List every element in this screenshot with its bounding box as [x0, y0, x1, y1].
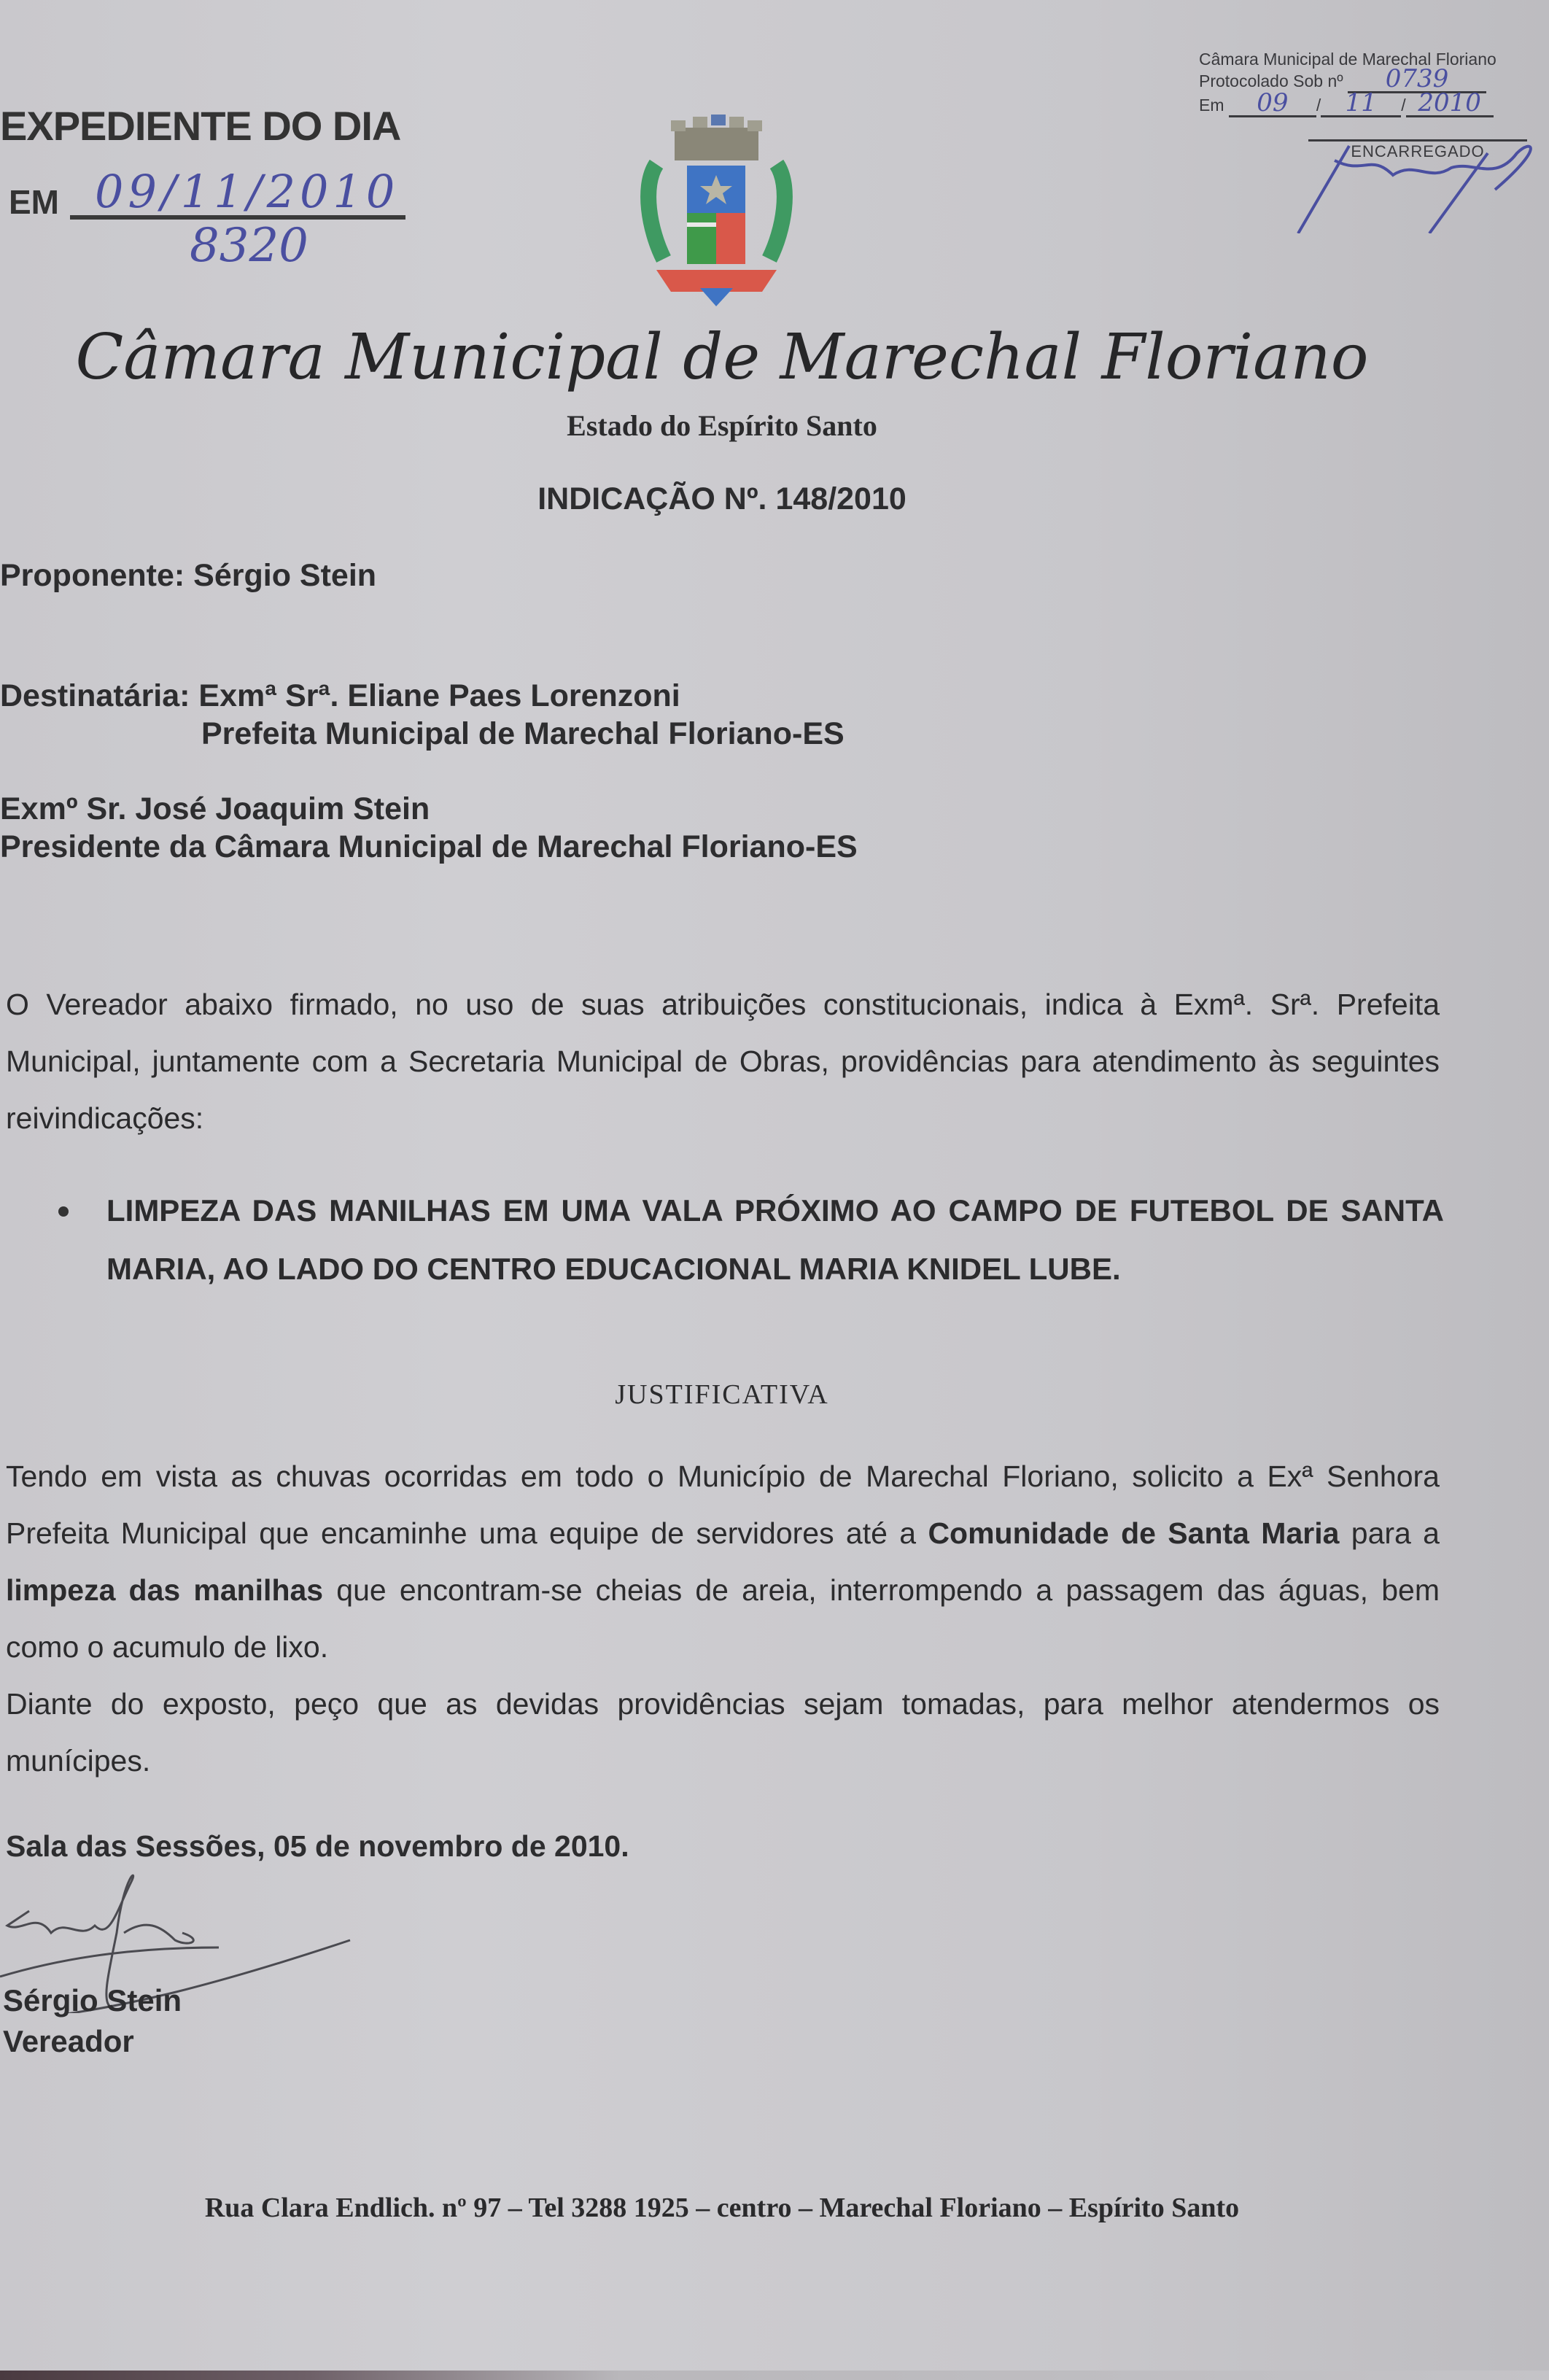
copy-recipient-line-1: Exmº Sr. José Joaquim Stein [0, 791, 430, 827]
institution-subtitle: Estado do Espírito Santo [0, 408, 1444, 443]
stamp-signature [1254, 131, 1549, 233]
indicacao-number: INDICAÇÃO Nº. 148/2010 [0, 481, 1444, 517]
signer-block: Sérgio Stein Vereador [3, 1980, 182, 2062]
stamp-date-day: 09 [1257, 88, 1288, 117]
justificativa-bold-cleaning: limpeza das manilhas [6, 1573, 323, 1607]
justificativa-text: para a [1339, 1516, 1440, 1550]
request-item: LIMPEZA DAS MANILHAS EM UMA VALA PRÓXIMO… [51, 1182, 1444, 1298]
intro-paragraph: O Vereador abaixo firmado, no uso de sua… [6, 976, 1440, 1147]
signer-name: Sérgio Stein [3, 1980, 182, 2021]
bullet-icon [58, 1206, 69, 1217]
stamp-institution: Câmara Municipal de Marechal Floriano [1199, 50, 1549, 69]
justificativa-bold-community: Comunidade de Santa Maria [928, 1516, 1339, 1550]
request-item-text: LIMPEZA DAS MANILHAS EM UMA VALA PRÓXIMO… [106, 1182, 1444, 1298]
stamp-date-label: Em [1199, 96, 1224, 115]
expediente-em-label: EM [9, 182, 59, 222]
closing-date: Sala das Sessões, 05 de novembro de 2010… [6, 1829, 629, 1864]
signer-role: Vereador [3, 2021, 182, 2062]
proponente: Proponente: Sérgio Stein [0, 558, 376, 594]
justificativa-paragraph-1: Tendo em vista as chuvas ocorridas em to… [6, 1448, 1440, 1675]
justificativa-paragraph-2: Diante do exposto, peço que as devidas p… [6, 1675, 1440, 1789]
stamp-date-year: 2010 [1418, 88, 1481, 117]
expediente-handwritten-number: 8320 [190, 219, 308, 273]
expediente-title: EXPEDIENTE DO DIA [0, 102, 400, 150]
footer-address: Rua Clara Endlich. nº 97 – Tel 3288 1925… [0, 2192, 1444, 2224]
destinataria-line-1: Destinatária: Exmª Srª. Eliane Paes Lore… [0, 678, 680, 714]
institution-title: Câmara Municipal de Marechal Floriano [0, 321, 1444, 394]
request-list: LIMPEZA DAS MANILHAS EM UMA VALA PRÓXIMO… [51, 1182, 1444, 1298]
coat-of-arms-icon [634, 113, 799, 310]
justificativa-title: JUSTIFICATIVA [0, 1379, 1444, 1411]
page-bottom-edge [0, 2371, 1549, 2380]
expediente-date: 09/11/2010 [95, 165, 399, 218]
destinataria-line-2: Prefeita Municipal de Marechal Floriano-… [201, 716, 845, 752]
stamp-date-month: 11 [1346, 88, 1377, 117]
copy-recipient-line-2: Presidente da Câmara Municipal de Marech… [0, 829, 858, 865]
stamp-date-line: Em 09/11/2010 [1199, 93, 1549, 117]
